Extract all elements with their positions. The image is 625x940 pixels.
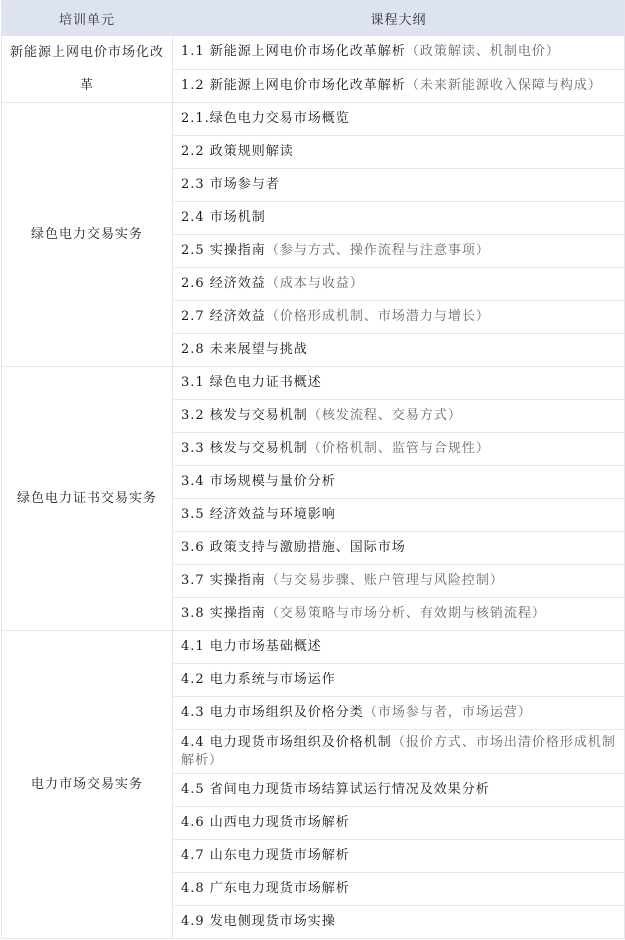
- outline-item-title: 4.8 广东电力现货市场解析: [181, 881, 350, 896]
- outline-item-cell: 2.6 经济效益（成本与收益）: [173, 268, 625, 301]
- outline-item-cell: 4.9 发电侧现货市场实操: [173, 906, 625, 939]
- outline-item-cell: 4.2 电力系统与市场运作: [173, 664, 625, 697]
- training-unit-cell: 绿色电力交易实务: [2, 103, 173, 367]
- outline-item-cell: 3.1 绿色电力证书概述: [173, 367, 625, 400]
- outline-item-title: 3.8 实操指南: [181, 606, 266, 621]
- outline-item-title: 2.5 实操指南: [181, 243, 266, 258]
- outline-item-cell: 4.3 电力市场组织及价格分类（市场参与者，市场运营）: [173, 697, 625, 730]
- outline-item-cell: 3.4 市场规模与量价分析: [173, 466, 625, 499]
- outline-item-title: 1.1 新能源上网电价市场化改革解析: [181, 44, 406, 59]
- header-training-unit: 培训单元: [2, 1, 173, 36]
- outline-item-title: 2.1.绿色电力交易市场概览: [181, 111, 350, 126]
- outline-item-note: （政策解读、机制电价）: [406, 44, 560, 59]
- header-course-outline: 课程大纲: [173, 1, 625, 36]
- outline-item-title: 3.1 绿色电力证书概述: [181, 375, 322, 390]
- training-unit-cell: 电力市场交易实务: [2, 631, 173, 939]
- outline-item-cell: 2.2 政策规则解读: [173, 136, 625, 169]
- table-row: 电力市场交易实务4.1 电力市场基础概述: [2, 631, 625, 664]
- outline-item-title: 3.4 市场规模与量价分析: [181, 474, 336, 489]
- outline-item-note: （参与方式、操作流程与注意事项）: [266, 243, 490, 258]
- outline-item-cell: 3.7 实操指南（与交易步骤、账户管理与风险控制）: [173, 565, 625, 598]
- outline-item-title: 4.9 发电侧现货市场实操: [181, 914, 336, 929]
- outline-item-title: 4.6 山西电力现货市场解析: [181, 815, 350, 830]
- outline-item-title: 2.3 市场参与者: [181, 177, 280, 192]
- outline-item-title: 3.2 核发与交易机制: [181, 408, 308, 423]
- course-outline-table: 培训单元 课程大纲 新能源上网电价市场化改革1.1 新能源上网电价市场化改革解析…: [1, 0, 625, 939]
- outline-item-title: 4.1 电力市场基础概述: [181, 639, 322, 654]
- outline-item-cell: 4.1 电力市场基础概述: [173, 631, 625, 664]
- outline-item-title: 3.7 实操指南: [181, 573, 266, 588]
- outline-item-note: （未来新能源收入保障与构成）: [406, 78, 602, 93]
- outline-item-title: 4.7 山东电力现货市场解析: [181, 848, 350, 863]
- outline-item-title: 1.2 新能源上网电价市场化改革解析: [181, 78, 406, 93]
- table-row: 绿色电力证书交易实务3.1 绿色电力证书概述: [2, 367, 625, 400]
- outline-item-title: 2.8 未来展望与挑战: [181, 342, 308, 357]
- outline-item-note: （成本与收益）: [266, 276, 364, 291]
- outline-item-title: 2.6 经济效益: [181, 276, 266, 291]
- outline-item-cell: 4.8 广东电力现货市场解析: [173, 873, 625, 906]
- outline-item-cell: 2.1.绿色电力交易市场概览: [173, 103, 625, 136]
- table-row: 绿色电力交易实务2.1.绿色电力交易市场概览: [2, 103, 625, 136]
- outline-item-title: 2.2 政策规则解读: [181, 144, 294, 159]
- table-body: 新能源上网电价市场化改革1.1 新能源上网电价市场化改革解析（政策解读、机制电价…: [2, 36, 625, 939]
- outline-item-cell: 3.3 核发与交易机制（价格机制、监管与合规性）: [173, 433, 625, 466]
- outline-item-cell: 2.8 未来展望与挑战: [173, 334, 625, 367]
- outline-item-cell: 3.5 经济效益与环境影响: [173, 499, 625, 532]
- outline-item-title: 3.3 核发与交易机制: [181, 441, 308, 456]
- outline-item-note: （交易策略与市场分析、有效期与核销流程）: [266, 606, 546, 621]
- outline-item-cell: 3.2 核发与交易机制（核发流程、交易方式）: [173, 400, 625, 433]
- training-unit-cell: 新能源上网电价市场化改革: [2, 36, 173, 103]
- outline-item-title: 4.3 电力市场组织及价格分类: [181, 705, 364, 720]
- outline-item-cell: 2.5 实操指南（参与方式、操作流程与注意事项）: [173, 235, 625, 268]
- outline-item-title: 3.5 经济效益与环境影响: [181, 507, 336, 522]
- outline-item-title: 4.4 电力现货市场组织及价格机制: [181, 735, 392, 750]
- outline-item-cell: 4.6 山西电力现货市场解析: [173, 807, 625, 840]
- outline-item-title: 4.2 电力系统与市场运作: [181, 672, 336, 687]
- outline-item-note: （市场参与者，市场运营）: [364, 705, 532, 720]
- outline-item-note: （与交易步骤、账户管理与风险控制）: [266, 573, 504, 588]
- outline-item-note: （价格形成机制、市场潜力与增长）: [266, 309, 490, 324]
- training-unit-cell: 绿色电力证书交易实务: [2, 367, 173, 631]
- outline-item-cell: 4.7 山东电力现货市场解析: [173, 840, 625, 873]
- outline-item-cell: 4.4 电力现货市场组织及价格机制（报价方式、市场出清价格形成机制解析）: [173, 730, 625, 774]
- outline-item-title: 4.5 省间电力现货市场结算试运行情况及效果分析: [181, 782, 490, 797]
- outline-item-cell: 2.3 市场参与者: [173, 169, 625, 202]
- outline-item-cell: 1.2 新能源上网电价市场化改革解析（未来新能源收入保障与构成）: [173, 69, 625, 103]
- outline-item-title: 2.4 市场机制: [181, 210, 266, 225]
- outline-item-cell: 2.7 经济效益（价格形成机制、市场潜力与增长）: [173, 301, 625, 334]
- outline-item-title: 2.7 经济效益: [181, 309, 266, 324]
- outline-item-title: 3.6 政策支持与激励措施、国际市场: [181, 540, 406, 555]
- outline-item-cell: 2.4 市场机制: [173, 202, 625, 235]
- outline-item-cell: 1.1 新能源上网电价市场化改革解析（政策解读、机制电价）: [173, 36, 625, 70]
- table-row: 新能源上网电价市场化改革1.1 新能源上网电价市场化改革解析（政策解读、机制电价…: [2, 36, 625, 70]
- header-row: 培训单元 课程大纲: [2, 1, 625, 36]
- outline-item-cell: 3.8 实操指南（交易策略与市场分析、有效期与核销流程）: [173, 598, 625, 631]
- outline-item-note: （核发流程、交易方式）: [308, 408, 462, 423]
- outline-item-cell: 4.5 省间电力现货市场结算试运行情况及效果分析: [173, 774, 625, 807]
- outline-item-cell: 3.6 政策支持与激励措施、国际市场: [173, 532, 625, 565]
- outline-item-note: （价格机制、监管与合规性）: [308, 441, 490, 456]
